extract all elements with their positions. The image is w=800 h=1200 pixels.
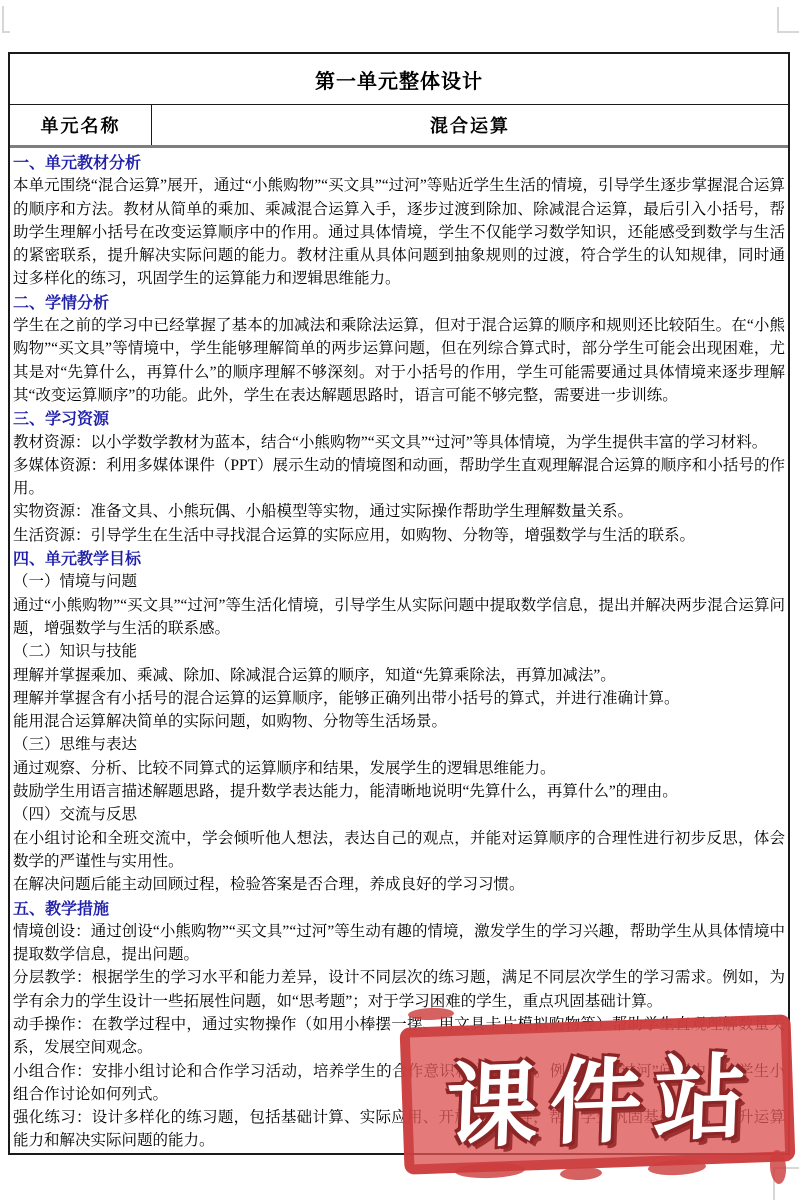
paragraph: 能用混合运算解决简单的实际问题，如购物、分物等生活场景。 bbox=[13, 710, 785, 733]
paragraph: （三）思维与表达 bbox=[13, 733, 785, 756]
paragraph: 情境创设：通过创设“小熊购物”“买文具”“过河”等生动有趣的情境，激发学生的学习… bbox=[13, 920, 785, 967]
paragraph: 多媒体资源：利用多媒体课件（PPT）展示生动的情境图和动画，帮助学生直观理解混合… bbox=[13, 454, 785, 501]
section-heading: 三、学习资源 bbox=[13, 407, 785, 430]
section-heading: 五、教学措施 bbox=[13, 897, 785, 920]
page-corner-mark-top-right bbox=[777, 7, 799, 33]
document-page: { "colors": { "section_heading": "#1e1ea… bbox=[0, 0, 800, 1200]
paragraph: 在小组讨论和全班交流中，学会倾听他人想法，表达自己的观点，并能对运算顺序的合理性… bbox=[13, 827, 785, 874]
unit-name-value-cell: 混合运算 bbox=[152, 105, 788, 145]
paragraph: 生活资源：引导学生在生活中寻找混合运算的实际应用，如购物、分物等，增强数学与生活… bbox=[13, 524, 785, 547]
paragraph: （一）情境与问题 bbox=[13, 570, 785, 593]
section-heading: 一、单元教材分析 bbox=[13, 151, 785, 174]
unit-name-row: 单元名称 混合运算 bbox=[10, 105, 788, 148]
stamp-splatter bbox=[560, 1166, 602, 1180]
page-title: 第一单元整体设计 bbox=[315, 65, 483, 94]
paragraph: 学生在之前的学习中已经掌握了基本的加减法和乘除法运算，但对于混合运算的顺序和规则… bbox=[13, 314, 785, 407]
paragraph: 教材资源：以小学数学教材为蓝本，结合“小熊购物”“买文具”“过河”等具体情境，为… bbox=[13, 431, 785, 454]
paragraph: 理解并掌握乘加、乘减、除加、除减混合运算的顺序，知道“先算乘除法，再算加减法”。 bbox=[13, 664, 785, 687]
paragraph: 理解并掌握含有小括号的混合运算的运算顺序，能够正确列出带小括号的算式，并进行准确… bbox=[13, 687, 785, 710]
paragraph: （四）交流与反思 bbox=[13, 803, 785, 826]
stamp-text: 课件站 bbox=[434, 1023, 760, 1166]
document-body: 一、单元教材分析本单元围绕“混合运算”展开，通过“小熊购物”“买文具”“过河”等… bbox=[10, 148, 788, 1150]
paragraph: 通过观察、分析、比较不同算式的运算顺序和结果，发展学生的逻辑思维能力。 bbox=[13, 757, 785, 780]
table-title-row: 第一单元整体设计 bbox=[10, 54, 788, 105]
paragraph: 通过“小熊购物”“买文具”“过河”等生活化情境，引导学生从实际问题中提取数学信息… bbox=[13, 594, 785, 641]
paragraph: 鼓励学生用语言描述解题思路，提升数学表达能力，能清晰地说明“先算什么，再算什么”… bbox=[13, 780, 785, 803]
paragraph: 分层教学：根据学生的学习水平和能力差异，设计不同层次的练习题，满足不同层次学生的… bbox=[13, 966, 785, 1013]
kejianzhan-stamp-watermark: 课件站 bbox=[400, 1014, 796, 1175]
page-corner-mark-top-left bbox=[2, 6, 10, 33]
paragraph: 本单元围绕“混合运算”展开，通过“小熊购物”“买文具”“过河”等贴近学生生活的情… bbox=[13, 174, 785, 290]
paragraph: （二）知识与技能 bbox=[13, 640, 785, 663]
paragraph: 实物资源：准备文具、小熊玩偶、小船模型等实物，通过实际操作帮助学生理解数量关系。 bbox=[13, 500, 785, 523]
unit-design-table: 第一单元整体设计 单元名称 混合运算 一、单元教材分析本单元围绕“混合运算”展开… bbox=[8, 52, 790, 1155]
paragraph: 在解决问题后能主动回顾过程，检验答案是否合理，养成良好的学习习惯。 bbox=[13, 873, 785, 896]
section-heading: 四、单元教学目标 bbox=[13, 547, 785, 570]
section-heading: 二、学情分析 bbox=[13, 291, 785, 314]
unit-name-label-cell: 单元名称 bbox=[10, 105, 152, 145]
